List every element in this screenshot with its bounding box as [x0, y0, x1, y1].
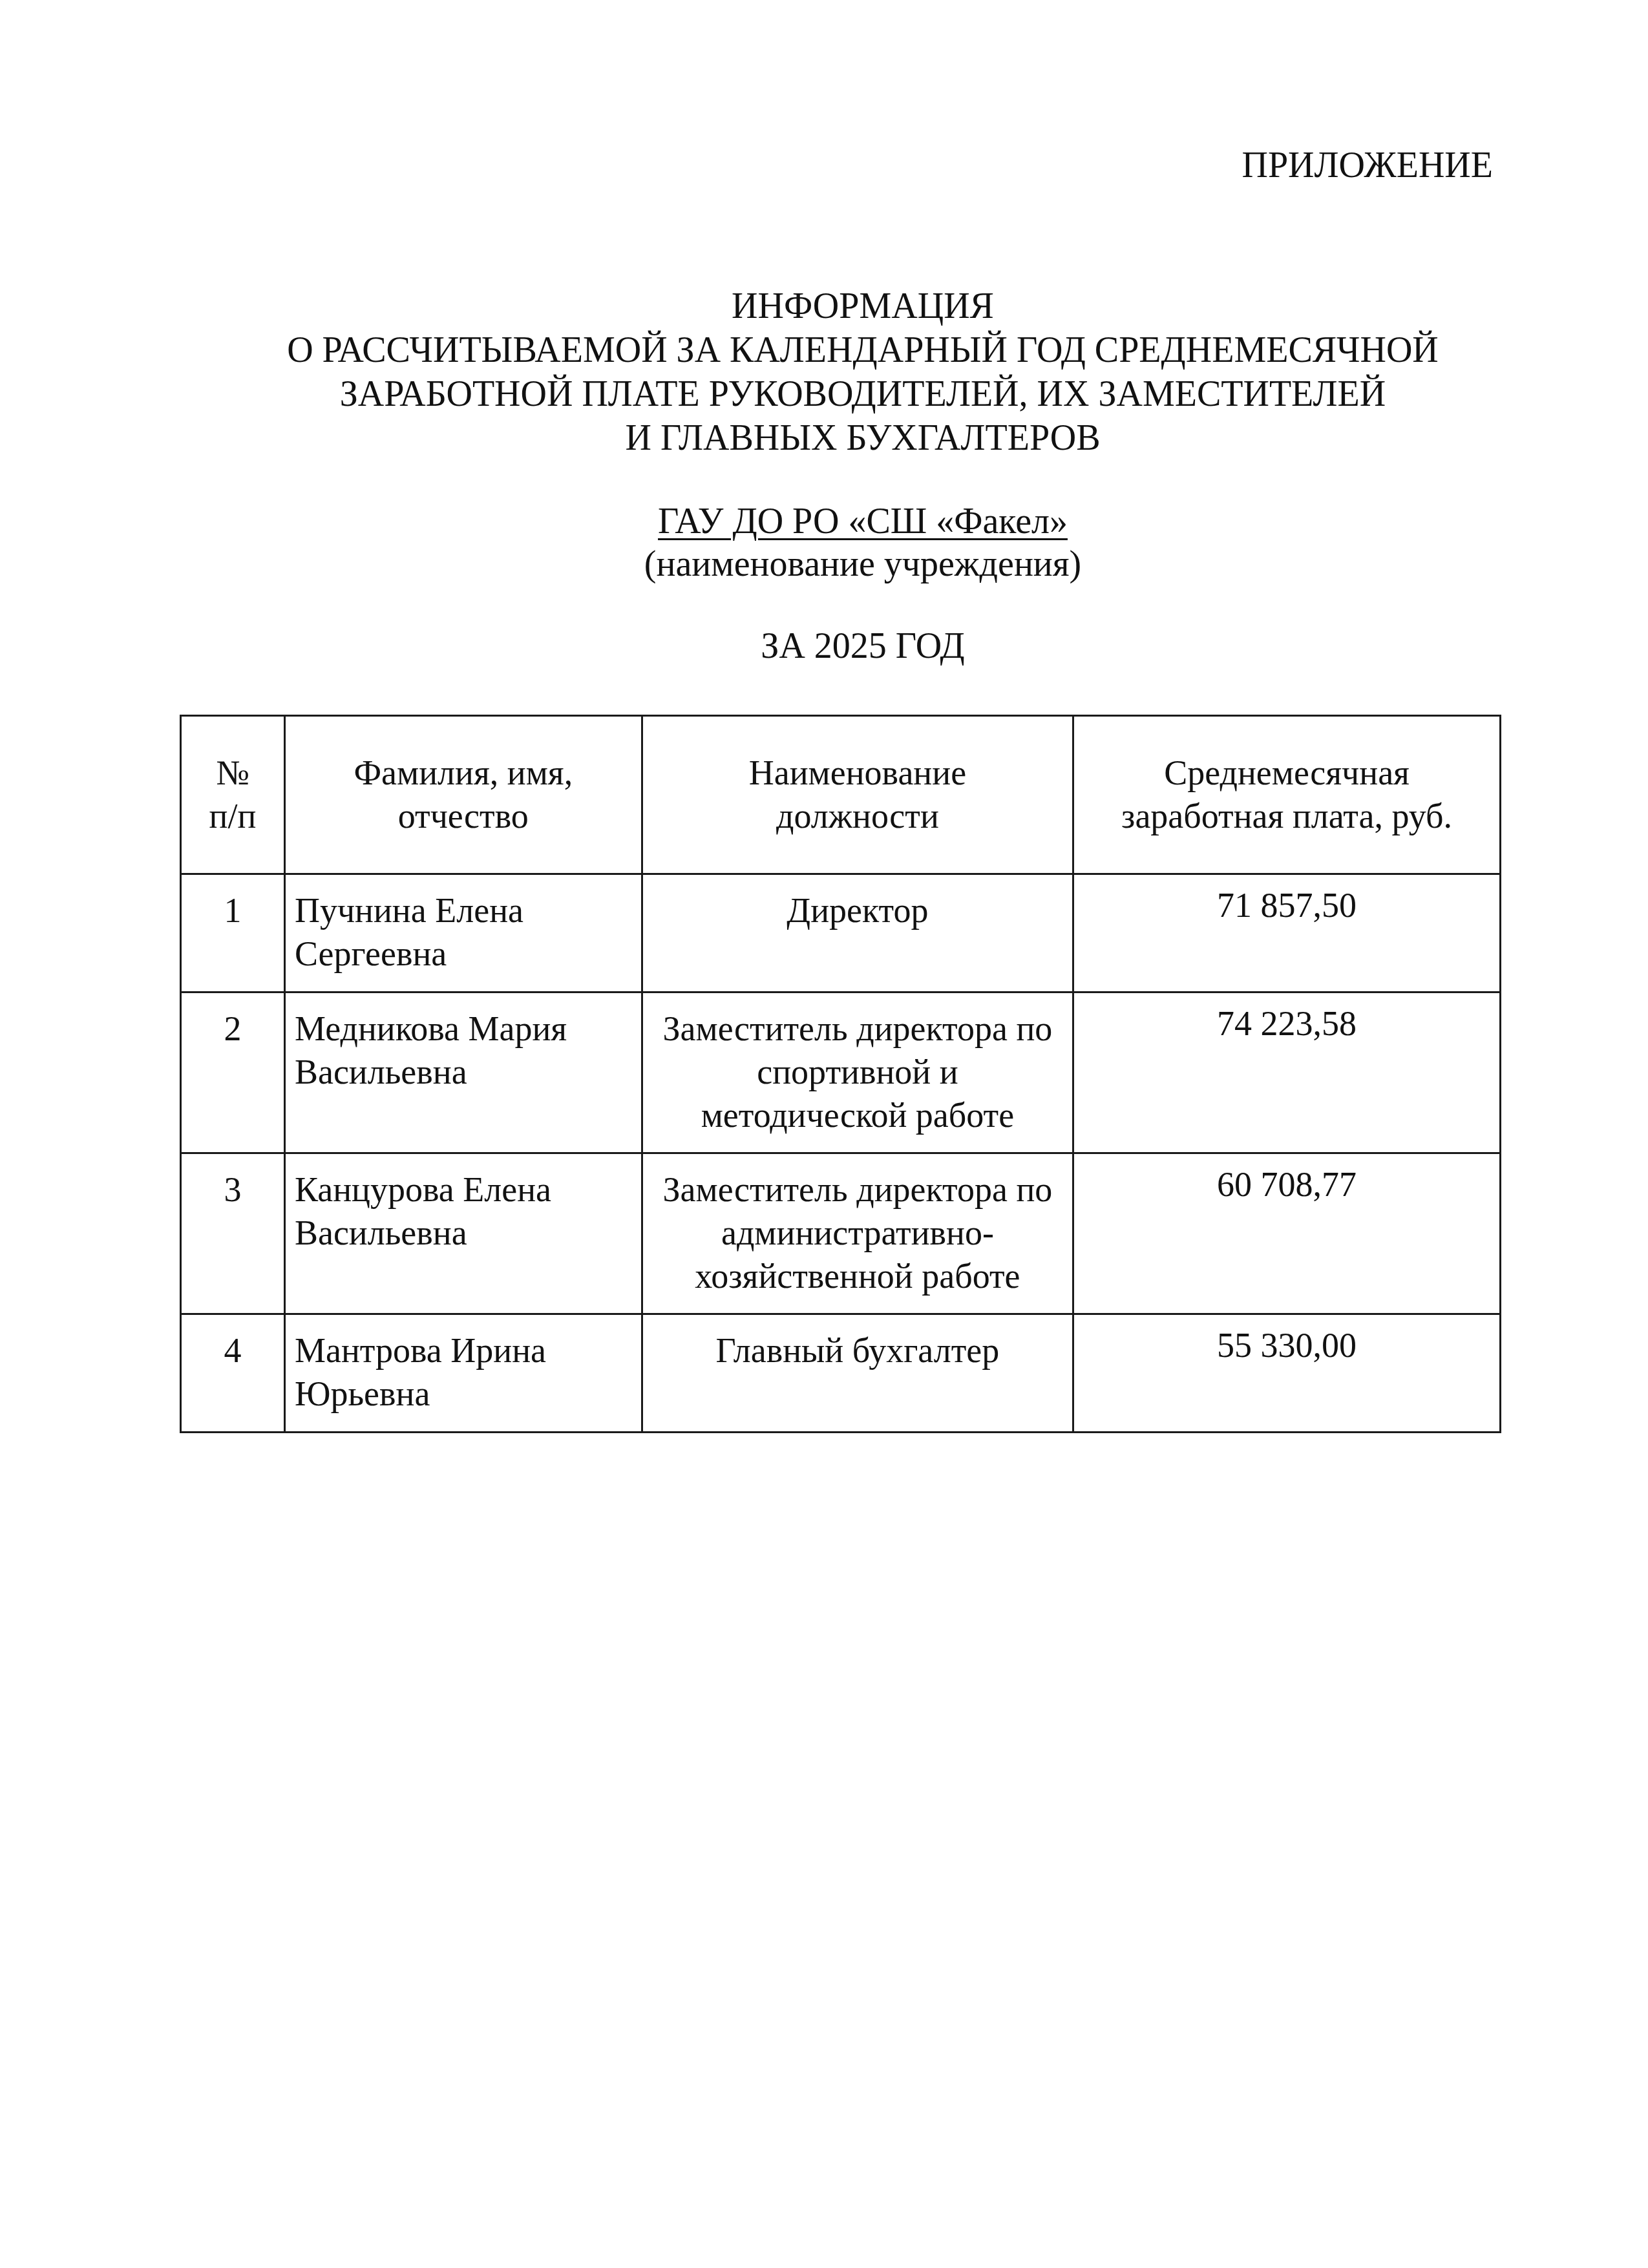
header-name-line: Фамилия, имя,: [292, 751, 635, 795]
row-name: Медникова Мария Васильевна: [284, 992, 642, 1153]
position-line: методической работе: [650, 1094, 1066, 1137]
row-position: Главный бухгалтер: [642, 1314, 1073, 1433]
name-line: Юрьевна: [295, 1372, 635, 1416]
header-name-line: отчество: [292, 795, 635, 838]
header-salary-line: заработная плата, руб.: [1081, 795, 1493, 838]
name-line: Мантрова Ирина: [295, 1329, 635, 1372]
table-header-row: № п/п Фамилия, имя, отчество Наименовани…: [181, 716, 1501, 874]
name-line: Канцурова Елена: [295, 1168, 635, 1212]
appendix-label: ПРИЛОЖЕНИЕ: [1241, 147, 1493, 184]
name-line: Медникова Мария: [295, 1007, 635, 1051]
header-position-line: должности: [650, 795, 1066, 838]
table-row: 1 Пучнина Елена Сергеевна Директор 71 85…: [181, 874, 1501, 992]
header-name: Фамилия, имя, отчество: [284, 716, 642, 874]
row-number: 2: [181, 992, 285, 1153]
row-position: Директор: [642, 874, 1073, 992]
position-line: Заместитель директора по: [650, 1168, 1066, 1212]
row-number: 4: [181, 1314, 285, 1433]
row-position: Заместитель директора по административно…: [642, 1153, 1073, 1314]
row-salary: 71 857,50: [1073, 874, 1501, 992]
organization-block: ГАУ ДО РО «СШ «Факел» (наименование учре…: [0, 500, 1648, 585]
position-line: административно-: [650, 1212, 1066, 1255]
salary-table: № п/п Фамилия, имя, отчество Наименовани…: [180, 715, 1501, 1433]
row-salary: 74 223,58: [1073, 992, 1501, 1153]
position-line: Главный бухгалтер: [650, 1329, 1066, 1372]
position-line: Директор: [650, 889, 1066, 932]
name-line: Сергеевна: [295, 932, 635, 976]
header-number-line: п/п: [188, 795, 277, 838]
title-line: И ГЛАВНЫХ БУХГАЛТЕРОВ: [0, 416, 1648, 460]
header-number: № п/п: [181, 716, 285, 874]
header-salary: Среднемесячная заработная плата, руб.: [1073, 716, 1501, 874]
header-salary-line: Среднемесячная: [1081, 751, 1493, 795]
report-period: ЗА 2025 ГОД: [0, 628, 1648, 664]
document-title: ИНФОРМАЦИЯ О РАССЧИТЫВАЕМОЙ ЗА КАЛЕНДАРН…: [0, 284, 1648, 460]
position-line: Заместитель директора по: [650, 1007, 1066, 1051]
name-line: Пучнина Елена: [295, 889, 635, 932]
name-line: Васильевна: [295, 1212, 635, 1255]
position-line: хозяйственной работе: [650, 1255, 1066, 1298]
name-line: Васильевна: [295, 1051, 635, 1094]
row-name: Мантрова Ирина Юрьевна: [284, 1314, 642, 1433]
position-line: спортивной и: [650, 1051, 1066, 1094]
table-row: 3 Канцурова Елена Васильевна Заместитель…: [181, 1153, 1501, 1314]
row-position: Заместитель директора по спортивной и ме…: [642, 992, 1073, 1153]
header-position-line: Наименование: [650, 751, 1066, 795]
table-row: 4 Мантрова Ирина Юрьевна Главный бухгалт…: [181, 1314, 1501, 1433]
row-salary: 60 708,77: [1073, 1153, 1501, 1314]
organization-name: ГАУ ДО РО «СШ «Факел»: [658, 501, 1068, 541]
header-number-line: №: [188, 751, 277, 795]
title-line: ИНФОРМАЦИЯ: [0, 284, 1648, 328]
row-name: Пучнина Елена Сергеевна: [284, 874, 642, 992]
row-number: 3: [181, 1153, 285, 1314]
title-line: ЗАРАБОТНОЙ ПЛАТЕ РУКОВОДИТЕЛЕЙ, ИХ ЗАМЕС…: [0, 372, 1648, 416]
title-line: О РАССЧИТЫВАЕМОЙ ЗА КАЛЕНДАРНЫЙ ГОД СРЕД…: [0, 328, 1648, 372]
organization-caption: (наименование учреждения): [0, 543, 1648, 585]
header-position: Наименование должности: [642, 716, 1073, 874]
table-row: 2 Медникова Мария Васильевна Заместитель…: [181, 992, 1501, 1153]
row-salary: 55 330,00: [1073, 1314, 1501, 1433]
row-name: Канцурова Елена Васильевна: [284, 1153, 642, 1314]
row-number: 1: [181, 874, 285, 992]
